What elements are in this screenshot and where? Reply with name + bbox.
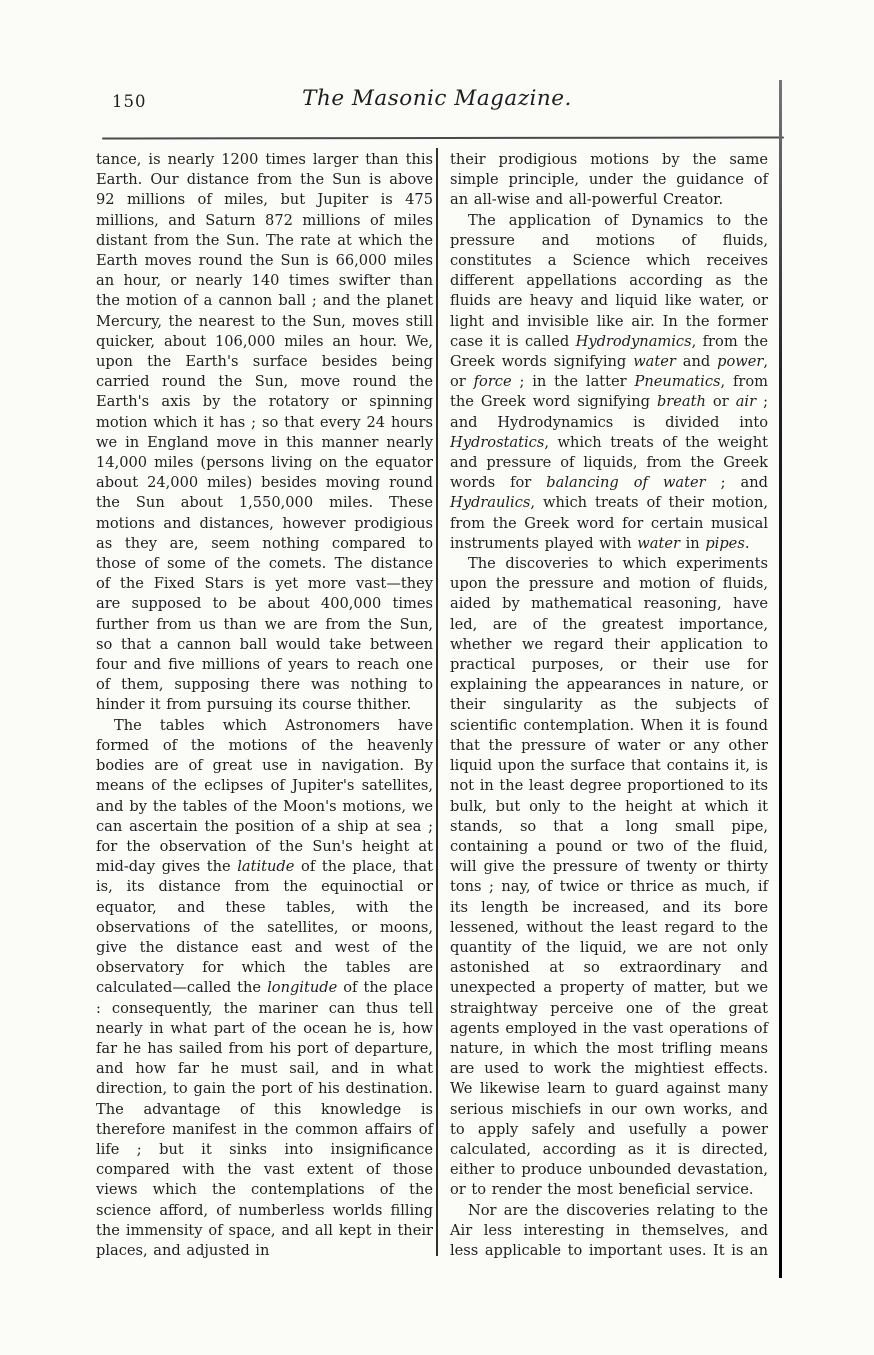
header-rule [102, 137, 784, 140]
paragraph: their prodigious motions by the same sim… [450, 150, 768, 211]
paragraph: tance, is nearly 1200 times larger than … [96, 150, 433, 716]
paragraph: Nor are the discoveries relating to the … [450, 1201, 768, 1260]
paragraph: The discoveries to which experiments upo… [450, 554, 768, 1201]
paragraph: The tables which Astronomers have formed… [96, 716, 433, 1260]
left-column: tance, is nearly 1200 times larger than … [96, 150, 433, 1260]
magazine-page: 150 The Masonic Magazine. tance, is near… [0, 0, 874, 1355]
scan-edge-artifact [779, 80, 782, 1278]
page-title: The Masonic Magazine. [0, 88, 874, 110]
right-column: their prodigious motions by the same sim… [450, 150, 768, 1260]
column-divider-rule [436, 148, 438, 1256]
paragraph: The application of Dynamics to the press… [450, 211, 768, 554]
text-block: tance, is nearly 1200 times larger than … [96, 150, 786, 1260]
